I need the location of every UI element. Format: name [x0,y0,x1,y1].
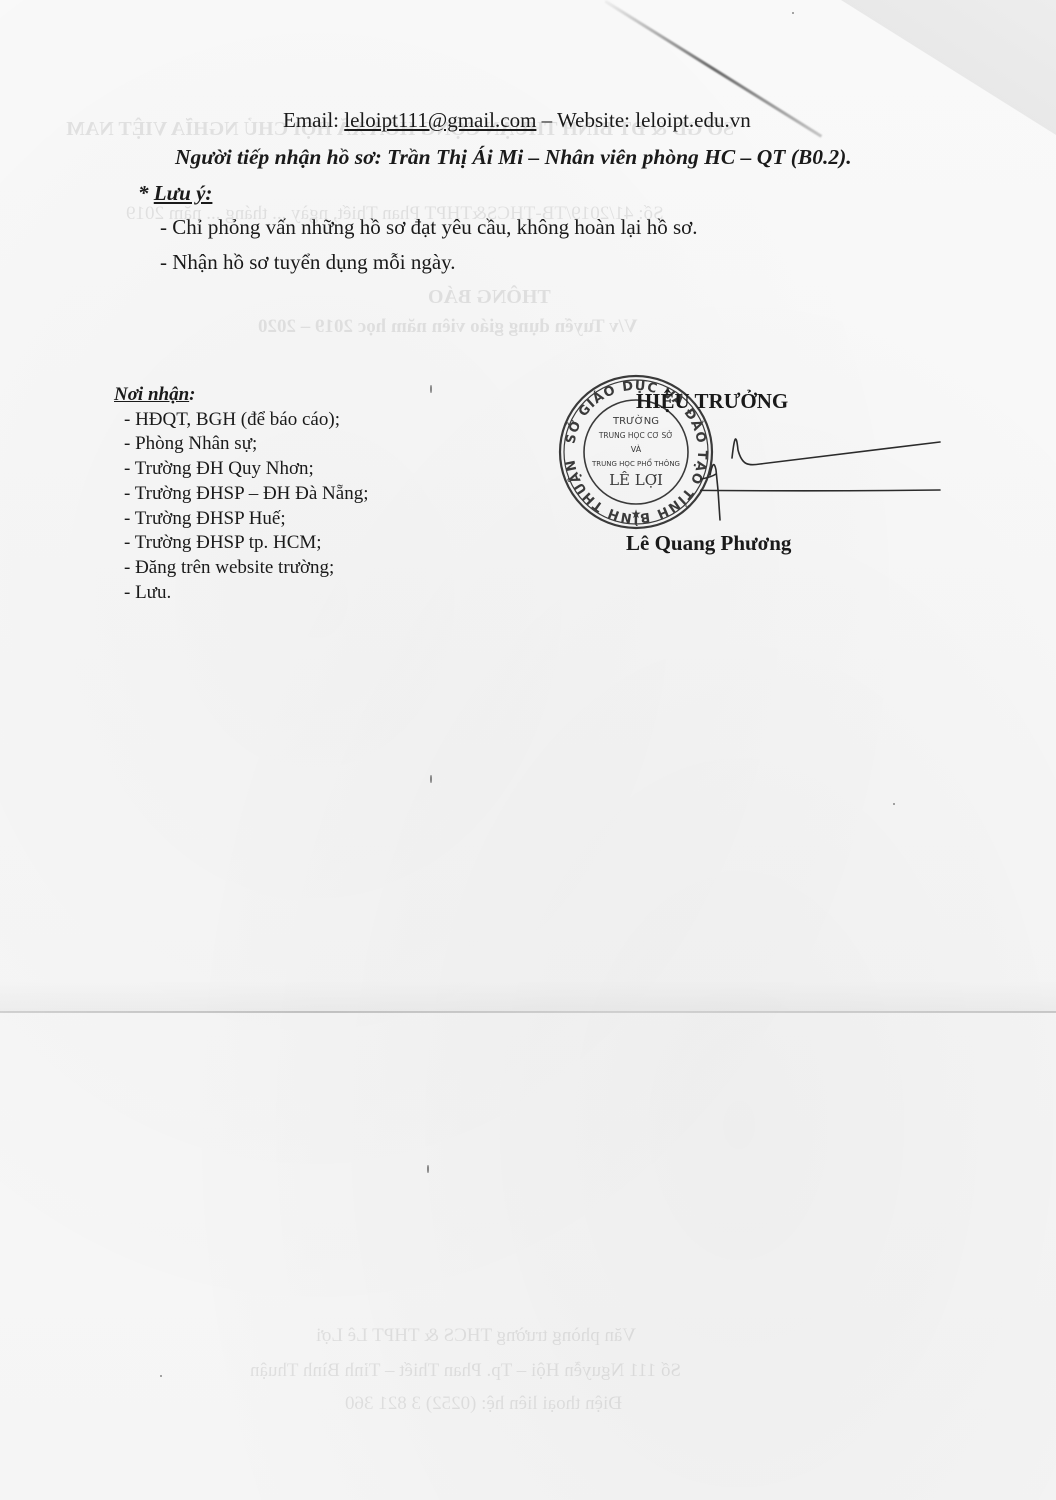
speck [792,12,794,14]
website-text: leloipt.edu.vn [635,108,750,132]
email-link[interactable]: leloipt111@gmail.com [344,108,536,132]
ghost-title: THÔNG BÁO [428,286,551,309]
note-item: - Nhận hồ sơ tuyển dụng mỗi ngày. [160,252,456,273]
recipient-item: - Đăng trên website trường; [114,556,369,581]
recipient-item: - Trường ĐH Quy Nhơn; [114,457,369,482]
svg-text:TRUNG HỌC PHỔ THÔNG: TRUNG HỌC PHỔ THÔNG [591,458,680,468]
recipients-title-colon: : [189,384,195,405]
contact-line: Email: leloipt111@gmail.com – Website: l… [283,110,751,131]
svg-text:★: ★ [631,507,642,521]
signer-name: Lê Quang Phương [626,531,791,556]
signature-title: HIỆU TRƯỞNG [636,389,788,414]
ghost-address-line: Số 111 Nguyễn Hội – Tp. Phan Thiết – Tỉn… [250,1360,681,1382]
ghost-office-line: Văn phòng trường THCS & THPT Lê Lợi [316,1325,636,1347]
recipient-item: - Trường ĐHSP – ĐH Đà Nẵng; [114,482,369,507]
fold-line [0,1011,1056,1013]
svg-text:LÊ LỢI: LÊ LỢI [609,471,663,489]
notes-title: * Lưu ý: [138,183,212,204]
recipients-list: Nơi nhận: - HĐQT, BGH (để báo cáo); - Ph… [114,383,369,605]
recipient-item: - Phòng Nhân sự; [114,432,369,457]
svg-text:TRUNG HỌC CƠ SỞ: TRUNG HỌC CƠ SỞ [598,430,673,440]
speck [430,775,432,783]
recipient-item: - HĐQT, BGH (để báo cáo); [114,408,369,433]
ghost-subtitle: V/v Tuyển dụng giáo viên năm học 2019 – … [258,316,638,338]
recipients-title: Nơi nhận: [114,383,369,408]
notes-title-text: Lưu ý: [154,181,213,205]
note-item: - Chỉ phỏng vấn những hồ sơ đạt yêu cầu,… [160,217,698,238]
website-separator: – Website: [536,108,635,132]
speck [430,385,432,393]
recipient-item: - Trường ĐHSP Huế; [114,507,369,532]
ghost-phone-line: Điện thoại liên hệ: (0252) 3 821 360 [345,1393,622,1415]
notes-asterisk: * [138,181,154,205]
recipients-title-text: Nơi nhận [114,384,189,405]
speck [160,1375,162,1377]
email-label: Email: [283,108,344,132]
speck [893,803,895,805]
fold-shadow [0,980,1056,1012]
recipient-item: - Lưu. [114,581,369,606]
speck [427,1165,429,1173]
svg-text:VÀ: VÀ [631,443,642,454]
recipient-item: - Trường ĐHSP tp. HCM; [114,531,369,556]
svg-text:TRƯỜNG: TRƯỜNG [612,414,659,427]
receiver-line: Người tiếp nhận hồ sơ: Trần Thị Ái Mi – … [175,147,852,169]
handwritten-signature-icon [700,420,950,530]
